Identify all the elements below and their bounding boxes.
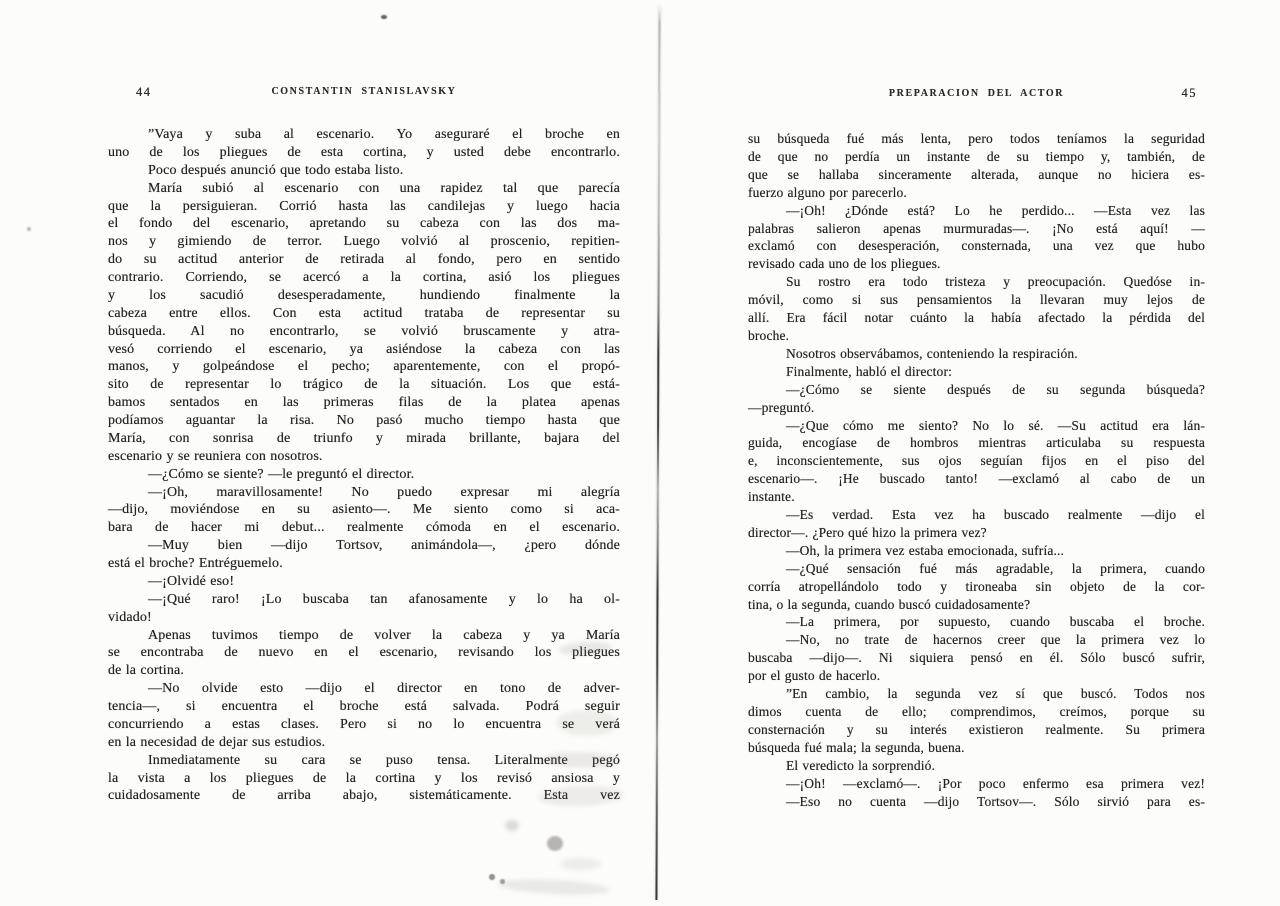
text-line: está el broche? Entréguemelo. xyxy=(108,555,620,573)
scan-speck xyxy=(27,227,31,231)
ink-smudge xyxy=(556,710,618,736)
text-line: bara de hacer mi debut... realmente cómo… xyxy=(108,519,620,537)
left-page-body: ”Vaya y suba al escenario. Yo aseguraré … xyxy=(108,126,620,805)
text-line: —¡Qué raro! ¡Lo buscaba tan afanosamente… xyxy=(108,591,620,609)
text-line: uno de los pliegues de esta cortina, y u… xyxy=(108,144,620,162)
text-line: María, con sonrisa de triunfo y mirada b… xyxy=(108,430,620,448)
text-line: María subió al escenario con una rapidez… xyxy=(108,180,620,198)
text-line: Su rostro era todo tristeza y preocupaci… xyxy=(748,273,1205,291)
text-line: instante. xyxy=(748,488,1205,506)
text-line: —¡Olvidé eso! xyxy=(108,573,620,591)
text-line: —No olvide esto —dijo el director en ton… xyxy=(108,680,620,698)
text-line: tina, o la segunda, cuando buscó cuidado… xyxy=(748,596,1205,614)
text-line: Poco después anunció que todo estaba lis… xyxy=(108,162,620,180)
text-line: —¿Cómo se siente después de su segunda b… xyxy=(748,381,1205,399)
text-line: —¡Oh, maravillosamente! No puedo expresa… xyxy=(108,484,620,502)
text-line: —¿Qué sensación fué más agradable, la pr… xyxy=(748,560,1205,578)
text-line: —La primera, por supuesto, cuando buscab… xyxy=(748,613,1205,631)
text-line: broche. xyxy=(748,327,1205,345)
text-line: la vista a los pliegues de la cortina y … xyxy=(108,770,620,788)
text-line: móvil, como si sus pensamientos la lleva… xyxy=(748,291,1205,309)
text-line: cabeza entre ellos. Con esta actitud tra… xyxy=(108,305,620,323)
text-line: corría atropellándolo todo y tironeaba s… xyxy=(748,578,1205,596)
text-line: allí. Era fácil notar cuánto la había af… xyxy=(748,309,1205,327)
text-line: el fondo del escenario, apretando su cab… xyxy=(108,215,620,233)
text-line: palabras salieron apenas murmuradas—. ¡N… xyxy=(748,220,1205,238)
book-spine-shadow xyxy=(655,6,660,900)
text-line: de que no perdía un instante de su tiemp… xyxy=(748,148,1205,166)
text-line: Nosotros observábamos, conteniendo la re… xyxy=(748,345,1205,363)
text-line: —dijo, moviéndose en su asiento—. Me sie… xyxy=(108,501,620,519)
text-line: El veredicto la sorprendió. xyxy=(748,757,1205,775)
text-line: —Eso no cuenta —dijo Tortsov—. Sólo sirv… xyxy=(748,793,1205,811)
ink-smudge xyxy=(498,877,611,897)
text-line: —No, no trate de hacernos creer que la p… xyxy=(748,631,1205,649)
ink-smudge xyxy=(505,820,519,831)
ink-smudge xyxy=(560,858,602,870)
text-line: guida, encogíase de hombros mientras art… xyxy=(748,434,1205,452)
text-line: fuerzo alguno por parecerlo. xyxy=(748,184,1205,202)
text-line: búsqueda fué mala; la segunda, buena. xyxy=(748,739,1205,757)
text-line: se encontraba de nuevo en el escenario, … xyxy=(108,644,620,662)
text-line: sito de representar lo trágico de la sit… xyxy=(108,376,620,394)
text-line: dimos cuenta de ello; comprendimos, creí… xyxy=(748,703,1205,721)
text-line: podíamos aguantar la risa. No pasó mucho… xyxy=(108,412,620,430)
text-line: escenario y se reuniera con nosotros. xyxy=(108,448,620,466)
scan-speck xyxy=(500,879,505,884)
text-line: ”En cambio, la segunda vez sí que buscó.… xyxy=(748,685,1205,703)
text-line: —Es verdad. Esta vez ha buscado realment… xyxy=(748,506,1205,524)
text-line: consternación y su interés existieron re… xyxy=(748,721,1205,739)
text-line: revisado cada uno de los pliegues. xyxy=(748,255,1205,273)
text-line: buscaba —dijo—. Ni siquiera pensó en él.… xyxy=(748,649,1205,667)
right-page-number: 45 xyxy=(748,86,1197,101)
text-line: de la cortina. xyxy=(108,662,620,680)
right-page-body: su búsqueda fué más lenta, pero todos te… xyxy=(748,130,1205,810)
text-line: director—. ¿Pero qué hizo la primera vez… xyxy=(748,524,1205,542)
text-line: —¡Oh! ¿Dónde está? Lo he perdido... —Est… xyxy=(748,202,1205,220)
text-line: manos, y golpeándose el pecho; aparentem… xyxy=(108,358,620,376)
book-scan: 44 CONSTANTIN STANISLAVSKY ”Vaya y suba … xyxy=(0,0,1280,906)
text-line: —¿Que cómo me siento? No lo sé. —Su acti… xyxy=(748,417,1205,435)
text-line: que se hallaba sinceramente alterada, au… xyxy=(748,166,1205,184)
text-line: —Muy bien —dijo Tortsov, animándola—, ¿p… xyxy=(108,537,620,555)
ink-smudge xyxy=(547,836,563,851)
text-line: en la necesidad de dejar sus estudios. xyxy=(108,734,620,752)
text-line: y los sacudió desesperadamente, hundiend… xyxy=(108,287,620,305)
text-line: contrario. Corriendo, se acercó a la cor… xyxy=(108,269,620,287)
text-line: por el gusto de hacerlo. xyxy=(748,667,1205,685)
text-line: búsqueda. Al no encontrarlo, se volvió b… xyxy=(108,323,620,341)
text-line: vesó corriendo el escenario, ya asiéndos… xyxy=(108,341,620,359)
scan-speck xyxy=(489,874,495,880)
text-line: Finalmente, habló el director: xyxy=(748,363,1205,381)
text-line: escenario—. ¡He buscado tanto! —exclamó … xyxy=(748,470,1205,488)
text-line: vidado! xyxy=(108,609,620,627)
text-line: bamos sentados en las primeras filas de … xyxy=(108,394,620,412)
text-line: Apenas tuvimos tiempo de volver la cabez… xyxy=(108,627,620,645)
text-line: ”Vaya y suba al escenario. Yo aseguraré … xyxy=(108,126,620,144)
text-line: —Oh, la primera vez estaba emocionada, s… xyxy=(748,542,1205,560)
text-line: concurriendo a estas clases. Pero si no … xyxy=(108,716,620,734)
text-line: —¿Cómo se siente? —le preguntó el direct… xyxy=(108,466,620,484)
text-line: tencia—, si encuentra el broche está sal… xyxy=(108,698,620,716)
text-line: su búsqueda fué más lenta, pero todos te… xyxy=(748,130,1205,148)
text-line: nos y gimiendo de terror. Luego volvió a… xyxy=(108,233,620,251)
text-line: —preguntó. xyxy=(748,399,1205,417)
scan-speck xyxy=(381,15,387,19)
text-line: —¡Oh! —exclamó—. ¡Por poco enfermo esa p… xyxy=(748,775,1205,793)
text-line: exclamó con desesperación, consternada, … xyxy=(748,237,1205,255)
text-line: e, inconscientemente, sus ojos seguían f… xyxy=(748,452,1205,470)
text-line: que la persiguieran. Corrió hasta las ca… xyxy=(108,198,620,216)
text-line: do su actitud anterior de retirada al fo… xyxy=(108,251,620,269)
left-running-title: CONSTANTIN STANISLAVSKY xyxy=(108,86,620,97)
